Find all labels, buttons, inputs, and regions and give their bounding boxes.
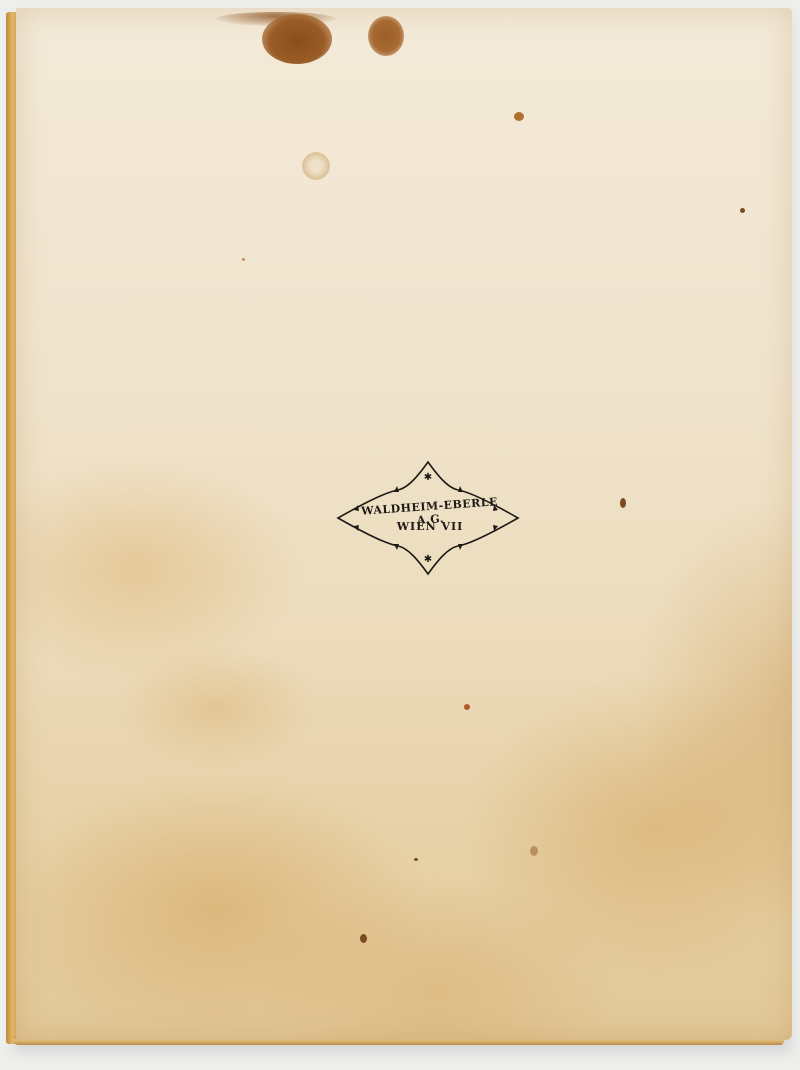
- spot: [414, 858, 418, 861]
- spot: [514, 112, 524, 121]
- spot: [242, 258, 245, 261]
- spot: [530, 846, 538, 856]
- spot: [620, 498, 626, 508]
- printer-location: WIEN VII: [350, 520, 510, 533]
- stain-top-small: [368, 16, 404, 56]
- spot: [740, 208, 745, 213]
- book-back-cover: ✱ ✱ WALDHEIM-EBERLE A.G. WIEN VII: [16, 8, 792, 1040]
- spot: [360, 934, 367, 943]
- spot: [464, 704, 470, 710]
- svg-text:✱: ✱: [424, 554, 432, 565]
- stain-ring: [302, 152, 330, 180]
- stain-top-large: [262, 14, 332, 64]
- svg-text:✱: ✱: [424, 472, 432, 483]
- printer-mark-emblem: ✱ ✱ WALDHEIM-EBERLE A.G. WIEN VII: [336, 458, 520, 578]
